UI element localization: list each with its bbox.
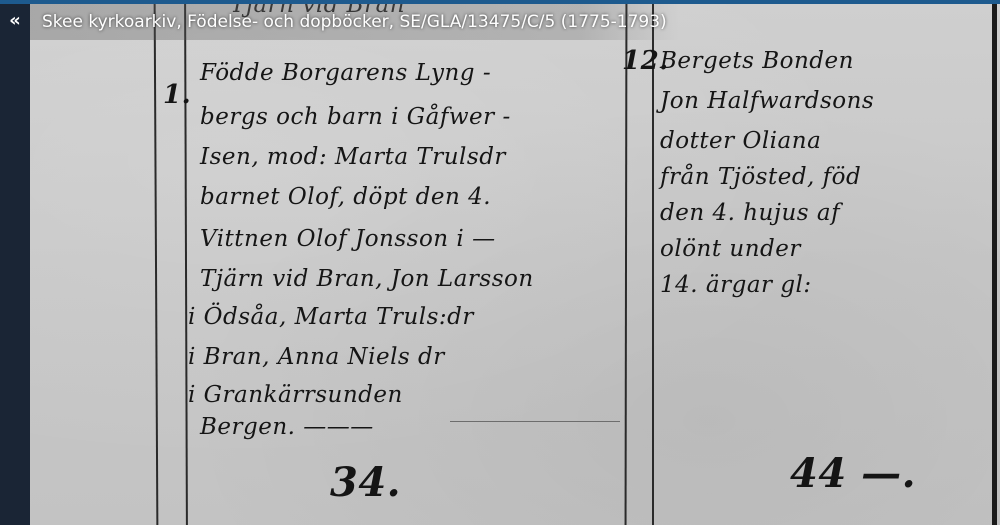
row-rule — [450, 421, 620, 422]
collapse-sidebar-button[interactable]: « — [0, 10, 30, 34]
entry-line: dotter Oliana — [660, 128, 821, 154]
page-edge — [992, 4, 997, 525]
page-total: 34. — [330, 459, 401, 506]
column-rule — [652, 4, 654, 525]
document-title: Skee kyrkoarkiv, Födelse- och dopböcker,… — [30, 4, 679, 40]
entry-line: Bergets Bonden — [660, 48, 854, 74]
entry-number: 1. — [163, 80, 191, 110]
column-rule — [154, 4, 158, 525]
entry-line: barnet Olof, döpt den 4. — [200, 184, 491, 210]
column-rule — [625, 4, 627, 525]
entry-line: i Bran, Anna Niels dr — [188, 344, 445, 370]
document-scan[interactable]: Tjärn vid Bran 1. Födde Borgarens Lyng -… — [30, 4, 1000, 525]
entry-line: Vittnen Olof Jonsson i — — [200, 226, 496, 252]
entry-line: Bergen. ——— — [200, 414, 374, 440]
sidebar: « — [0, 4, 30, 525]
double-chevron-left-icon: « — [9, 10, 21, 31]
entry-line: den 4. hujus af — [660, 200, 840, 226]
entry-line: olönt under — [660, 236, 801, 262]
entry-line: Isen, mod: Marta Trulsdr — [200, 144, 506, 170]
entry-line: Jon Halfwardsons — [660, 88, 874, 114]
entry-line: Födde Borgarens Lyng - — [200, 60, 491, 86]
entry-line: bergs och barn i Gåfwer - — [200, 104, 511, 130]
entry-line: i Ödsåa, Marta Truls:dr — [188, 304, 474, 330]
entry-line: i Grankärrsunden — [188, 382, 403, 408]
image-viewer[interactable]: Tjärn vid Bran 1. Födde Borgarens Lyng -… — [30, 4, 1000, 525]
page-total: 44 —. — [790, 450, 916, 497]
entry-line: från Tjösted, föd — [660, 164, 861, 190]
entry-line: Tjärn vid Bran, Jon Larsson — [200, 266, 534, 292]
entry-line: 14. ärgar gl: — [660, 272, 812, 298]
